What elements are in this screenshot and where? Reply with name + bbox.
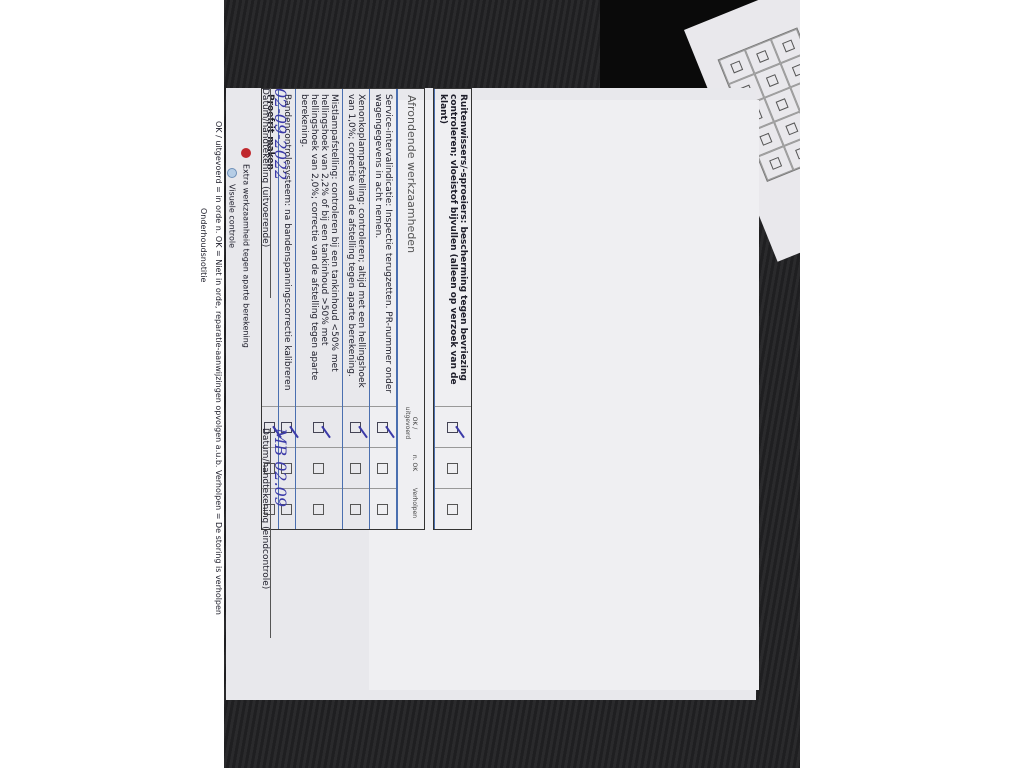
fixed-checkbox[interactable] <box>314 504 325 515</box>
fixed-checkbox[interactable] <box>378 504 389 515</box>
document-content: Ruitenwissers/-sproeiers: bescherming te… <box>20 88 480 688</box>
ok-checkbox[interactable] <box>448 422 459 433</box>
row-text: Ruitenwissers/-sproeiers: bescherming te… <box>435 89 471 406</box>
final-signature: MB 02.09 Datum/handtekening (eindcontrol… <box>260 428 290 638</box>
executor-label: Datum/handtekening (uitvoerende) <box>260 88 270 298</box>
ok-checkbox[interactable] <box>351 422 362 433</box>
table-row: Mistlampafstelling: controleren bij een … <box>295 89 342 529</box>
checklist-table: Ruitenwissers/-sproeiers: bescherming te… <box>433 88 472 530</box>
row-text: Mistlampafstelling: controleren bij een … <box>296 89 342 406</box>
table-row: Xenonkoplampafstelling: controleren; alt… <box>342 89 369 529</box>
table-row: Service-intervalindicatie: Inspectie ter… <box>369 89 396 529</box>
row-text: Service-intervalindicatie: Inspectie ter… <box>370 89 396 406</box>
executor-date: 02-09-2022 <box>271 88 290 298</box>
final-date: MB 02.09 <box>271 428 290 638</box>
nok-checkbox[interactable] <box>378 463 389 474</box>
legend: Extra werkzaamheid tegen aparte berekeni… <box>199 88 251 688</box>
ok-checkbox[interactable] <box>378 422 389 433</box>
red-marker-icon <box>241 148 251 158</box>
fixed-checkbox[interactable] <box>351 504 362 515</box>
row-text: Xenonkoplampafstelling: controleren; alt… <box>343 89 369 406</box>
legend-explanation: OK / uitgevoerd = in orde n. OK = Niet i… <box>214 88 223 648</box>
section-title: Afrondende werkzaamheden <box>404 95 418 403</box>
maintenance-note-label: Onderhoudsnotitie <box>199 148 208 688</box>
table-row: Ruitenwissers/-sproeiers: bescherming te… <box>434 89 471 529</box>
column-nok: n. OK <box>404 443 418 483</box>
legend-extra: Extra werkzaamheid tegen aparte berekeni… <box>242 164 251 348</box>
nok-checkbox[interactable] <box>351 463 362 474</box>
nok-checkbox[interactable] <box>448 463 459 474</box>
column-ok: OK / uitgevoerd <box>404 403 418 443</box>
legend-visual: Visuele controle <box>228 184 237 248</box>
executor-signature: 02-09-2022 Datum/handtekening (uitvoeren… <box>260 88 290 298</box>
nok-checkbox[interactable] <box>314 463 325 474</box>
ok-checkbox[interactable] <box>314 422 325 433</box>
final-label: Datum/handtekening (eindcontrole) <box>260 428 270 638</box>
fixed-checkbox[interactable] <box>448 504 459 515</box>
visual-check-icon <box>227 168 237 178</box>
column-fixed: Verholpen <box>404 483 418 523</box>
